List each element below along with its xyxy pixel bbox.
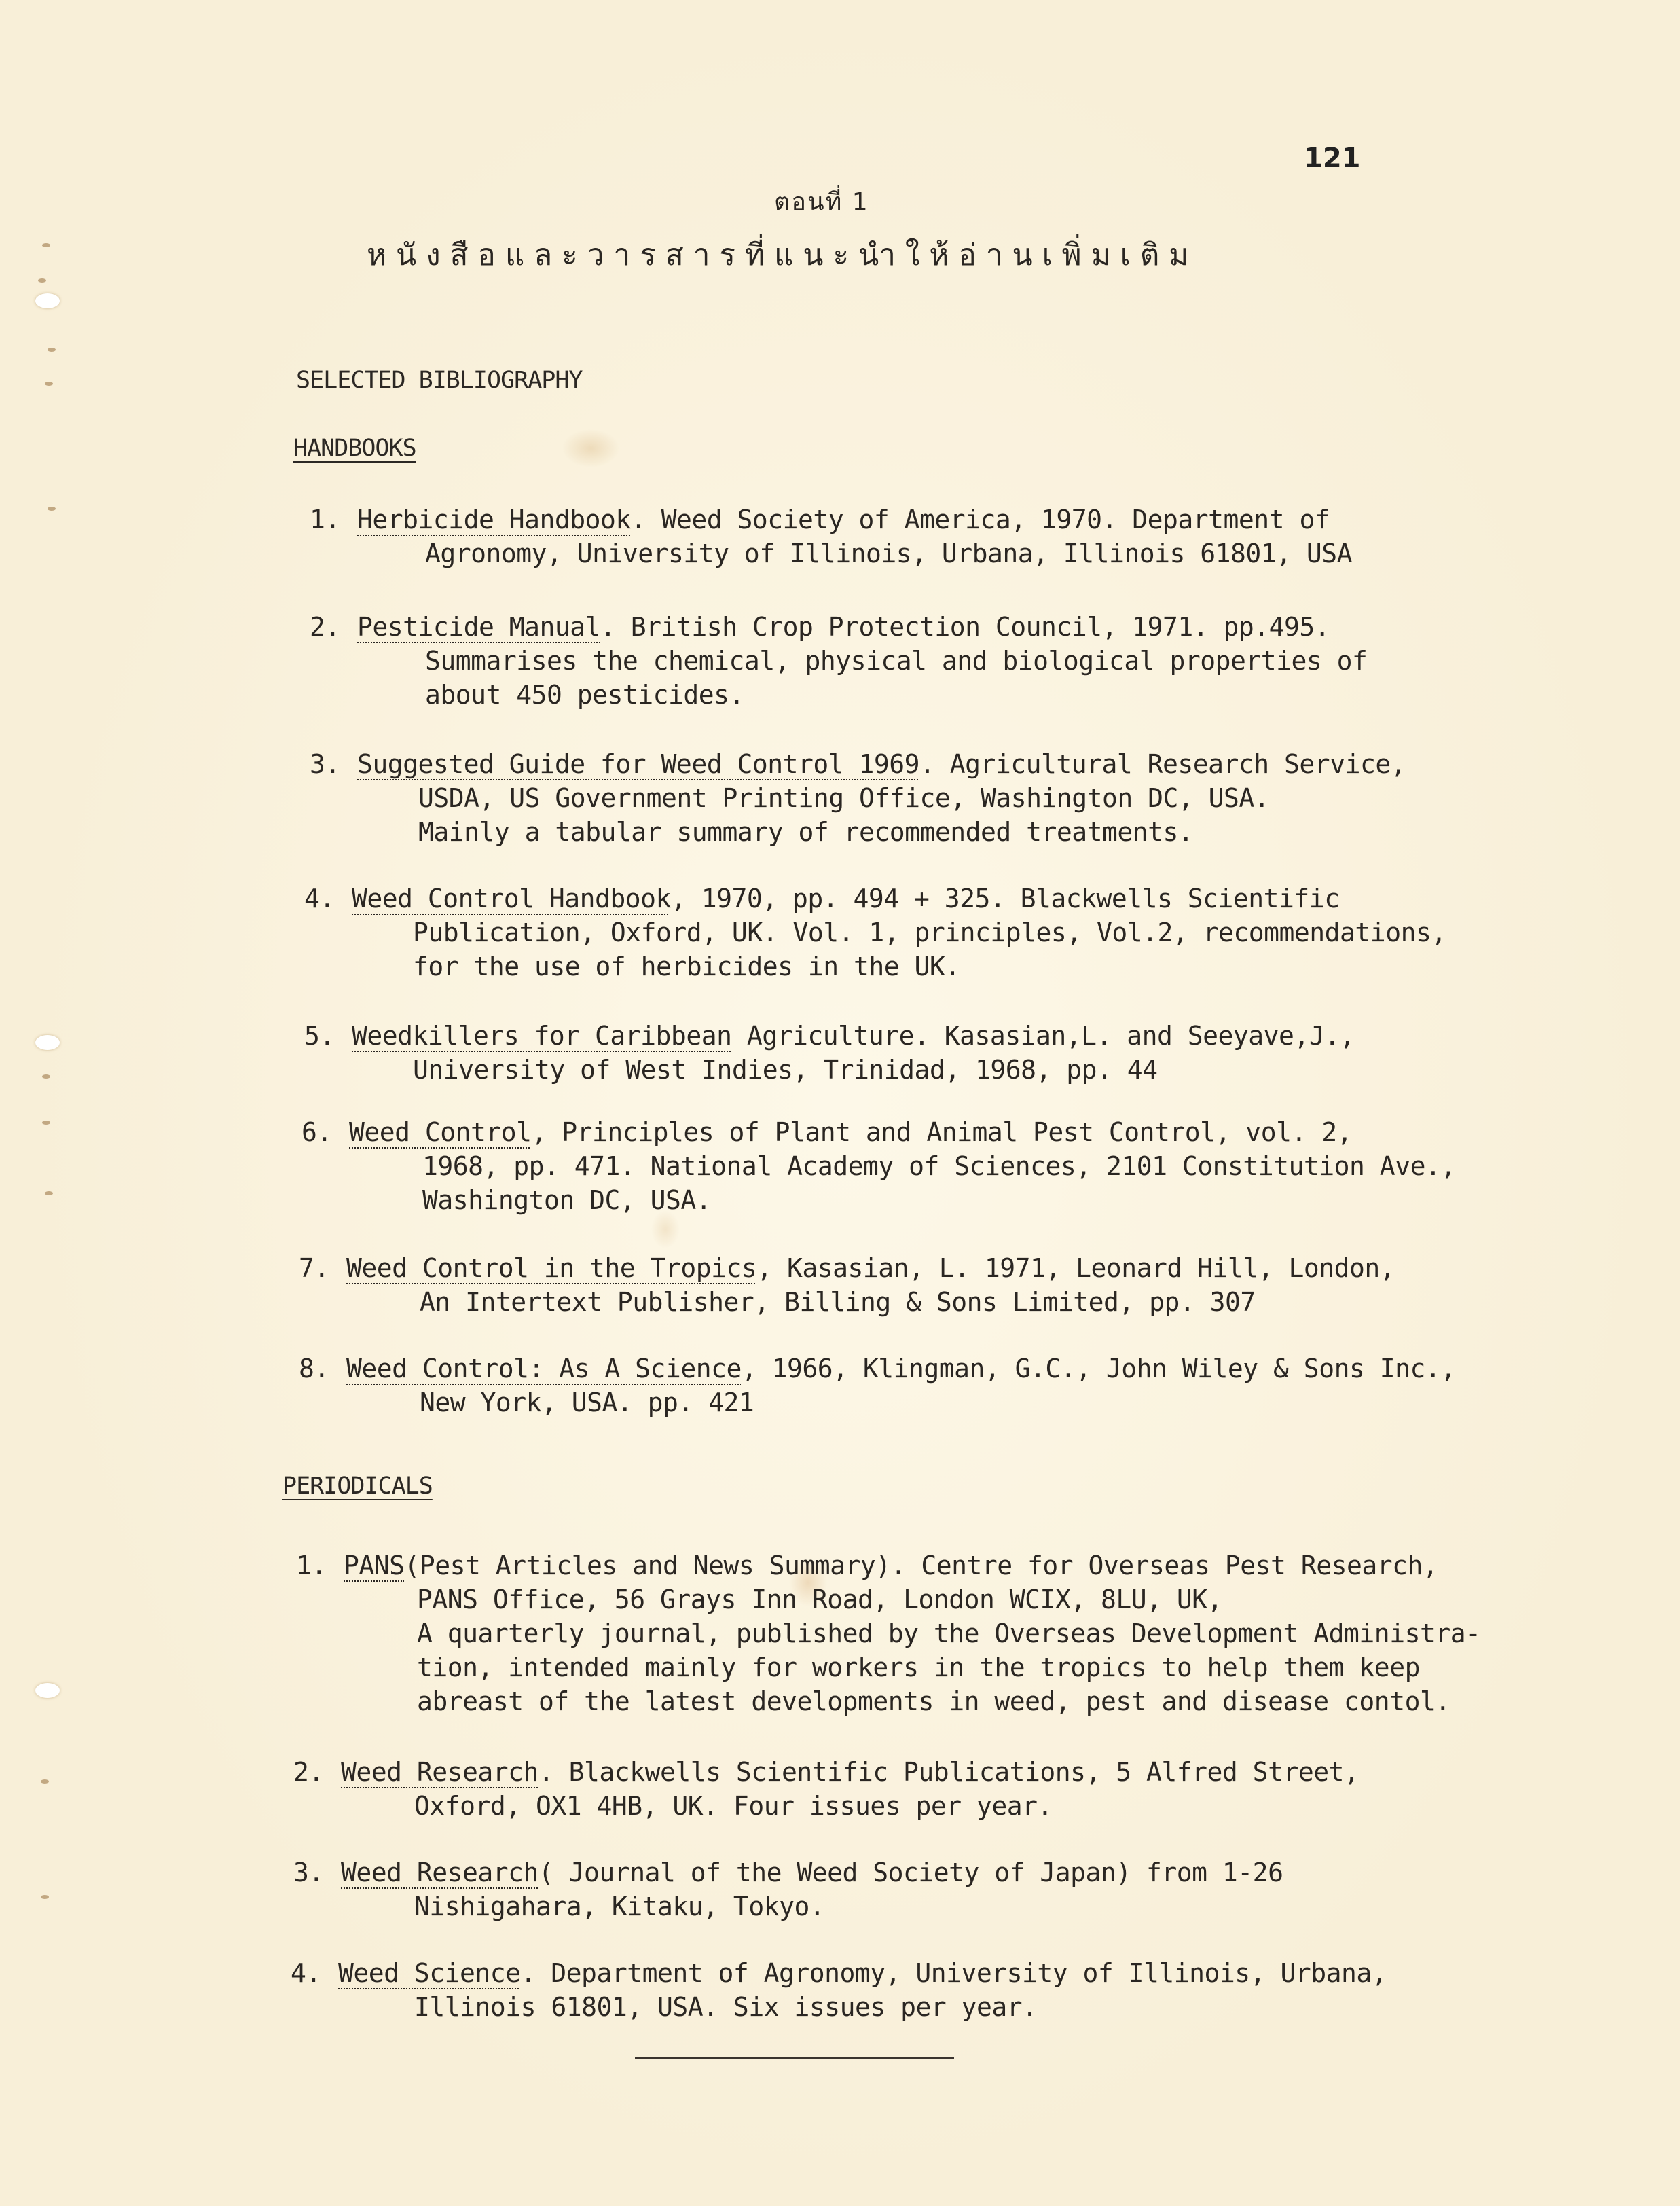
entry-continuation: tion, intended mainly for workers in the…: [296, 1650, 1480, 1684]
page-title: หนังสือและวารสารที่แนะนำให้อ่านเพิ่มเติม: [367, 231, 1198, 278]
entry-continuation: An Intertext Publisher, Billing & Sons L…: [299, 1285, 1395, 1319]
entry-number: 1.: [296, 1549, 344, 1583]
punch-hole: [35, 293, 60, 308]
entry-number: 2.: [293, 1755, 341, 1789]
entry-number: 4.: [291, 1956, 338, 1990]
entry-title: Pesticide Manual: [357, 612, 600, 642]
entry-number: 6.: [302, 1115, 349, 1149]
periodicals-heading: PERIODICALS: [282, 1472, 433, 1500]
end-rule-divider: [635, 2057, 954, 2059]
entry-details: . Department of Agronomy, University of …: [521, 1958, 1387, 1988]
entry-number: 3.: [310, 747, 357, 781]
entry-continuation: Oxford, OX1 4HB, UK. Four issues per yea…: [293, 1789, 1359, 1823]
paper-speck: [45, 382, 53, 386]
punch-hole: [35, 1683, 60, 1698]
entry-title: Weedkillers for Caribbean: [352, 1021, 731, 1051]
entry-number: 3.: [293, 1856, 341, 1889]
entry-title: Weed Research: [341, 1757, 538, 1787]
entry-details: . Agricultural Research Service,: [919, 749, 1406, 779]
periodical-entry-1: 1.PANS(Pest Articles and News Summary). …: [296, 1549, 1480, 1718]
page-number: 121: [1304, 143, 1361, 174]
punch-hole: [35, 1035, 60, 1050]
handbook-entry-6: 6.Weed Control, Principles of Plant and …: [302, 1115, 1456, 1217]
entry-continuation: New York, USA. pp. 421: [299, 1386, 1456, 1420]
periodical-entry-4: 4.Weed Science. Department of Agronomy, …: [291, 1956, 1387, 2024]
entry-title: Weed Control Handbook: [352, 884, 671, 914]
entry-details: (Pest Articles and News Summary). Centre…: [405, 1551, 1438, 1580]
entry-continuation: Washington DC, USA.: [302, 1183, 1456, 1217]
entry-title: Weed Control in the Tropics: [346, 1253, 756, 1283]
handbook-entry-4: 4.Weed Control Handbook, 1970, pp. 494 +…: [304, 882, 1446, 983]
paper-speck: [41, 1895, 49, 1899]
paper-speck: [48, 507, 56, 511]
entry-continuation: Illinois 61801, USA. Six issues per year…: [291, 1990, 1387, 2024]
entry-continuation: about 450 pesticides.: [310, 678, 1367, 712]
entry-continuation: USDA, US Government Printing Office, Was…: [310, 781, 1406, 815]
entry-details: , 1966, Klingman, G.C., John Wiley & Son…: [742, 1354, 1456, 1384]
entry-continuation: Mainly a tabular summary of recommended …: [310, 815, 1406, 849]
paper-speck: [42, 1074, 50, 1079]
handbook-entry-1: 1.Herbicide Handbook. Weed Society of Am…: [310, 503, 1352, 571]
entry-number: 8.: [299, 1352, 346, 1386]
bibliography-heading: SELECTED BIBLIOGRAPHY: [296, 367, 583, 394]
entry-details: ( Journal of the Weed Society of Japan) …: [538, 1858, 1283, 1887]
entry-continuation: Summarises the chemical, physical and bi…: [310, 644, 1367, 678]
entry-number: 7.: [299, 1251, 346, 1285]
entry-number: 4.: [304, 882, 352, 916]
appendix-label: ตอนที่ 1: [774, 182, 869, 221]
entry-details: . Weed Society of America, 1970. Departm…: [631, 505, 1330, 535]
entry-details: , 1970, pp. 494 + 325. Blackwells Scient…: [671, 884, 1340, 914]
entry-continuation: PANS Office, 56 Grays Inn Road, London W…: [296, 1583, 1480, 1616]
entry-continuation: University of West Indies, Trinidad, 196…: [304, 1053, 1355, 1087]
paper-speck: [38, 278, 46, 283]
paper-speck: [42, 243, 50, 247]
handbooks-heading: HANDBOOKS: [293, 435, 416, 462]
paper-speck: [45, 1191, 53, 1195]
handbook-entry-8: 8.Weed Control: As A Science, 1966, Klin…: [299, 1352, 1456, 1420]
entry-details: , Principles of Plant and Animal Pest Co…: [532, 1117, 1352, 1147]
entry-number: 1.: [310, 503, 357, 537]
entry-details: . Blackwells Scientific Publications, 5 …: [538, 1757, 1359, 1787]
entry-title: Weed Control: [349, 1117, 532, 1147]
paper-speck: [41, 1779, 49, 1784]
entry-title: Suggested Guide for Weed Control 1969: [357, 749, 919, 779]
handbook-entry-3: 3.Suggested Guide for Weed Control 1969.…: [310, 747, 1406, 849]
entry-title: Weed Control: As A Science: [346, 1354, 742, 1384]
handbook-entry-2: 2.Pesticide Manual. British Crop Protect…: [310, 610, 1367, 712]
entry-continuation: Nishigahara, Kitaku, Tokyo.: [293, 1889, 1283, 1923]
entry-continuation: for the use of herbicides in the UK.: [304, 950, 1446, 983]
periodical-entry-2: 2.Weed Research. Blackwells Scientific P…: [293, 1755, 1359, 1823]
entry-details: , Kasasian, L. 1971, Leonard Hill, Londo…: [756, 1253, 1395, 1283]
entry-continuation: abreast of the latest developments in we…: [296, 1684, 1480, 1718]
entry-continuation: 1968, pp. 471. National Academy of Scien…: [302, 1149, 1456, 1183]
entry-continuation: Publication, Oxford, UK. Vol. 1, princip…: [304, 916, 1446, 950]
entry-details: . British Crop Protection Council, 1971.…: [600, 612, 1330, 642]
entry-continuation: Agronomy, University of Illinois, Urbana…: [310, 537, 1352, 571]
paper-speck: [48, 348, 56, 352]
entry-title: Herbicide Handbook: [357, 505, 631, 535]
entry-title: Weed Research: [341, 1858, 538, 1887]
handbook-entry-7: 7.Weed Control in the Tropics, Kasasian,…: [299, 1251, 1395, 1319]
entry-number: 5.: [304, 1019, 352, 1053]
entry-title: PANS: [344, 1551, 405, 1580]
paper-speck: [42, 1121, 50, 1125]
entry-title: Weed Science: [338, 1958, 521, 1988]
handbook-entry-5: 5.Weedkillers for Caribbean Agriculture.…: [304, 1019, 1355, 1087]
entry-details: Agriculture. Kasasian,L. and Seeyave,J.,: [731, 1021, 1355, 1051]
periodical-entry-3: 3.Weed Research( Journal of the Weed Soc…: [293, 1856, 1283, 1923]
entry-number: 2.: [310, 610, 357, 644]
entry-continuation: A quarterly journal, published by the Ov…: [296, 1616, 1480, 1650]
